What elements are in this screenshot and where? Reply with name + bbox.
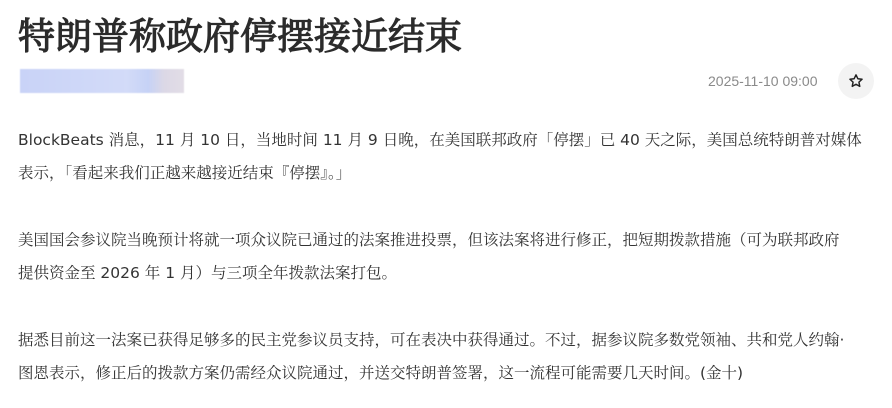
paragraph-line: 表示，「看起来我们正越来越接近结束『停摆』。」 <box>18 157 878 190</box>
article: 特朗普称政府停摆接近结束 2025-11-10 09:00 BlockBeats… <box>0 0 892 408</box>
paragraph-line: 美国国会参议院当晚预计将就一项众议院已通过的法案推进投票，但该法案将进行修正，把… <box>18 224 878 257</box>
star-outline-icon <box>848 73 864 89</box>
paragraph-2: 美国国会参议院当晚预计将就一项众议院已通过的法案推进投票，但该法案将进行修正，把… <box>18 224 878 290</box>
paragraph-line: BlockBeats 消息，11 月 10 日，当地时间 11 月 9 日晚，在… <box>18 124 878 157</box>
paragraph-line: 图恩表示，修正后的拨款方案仍需经众议院通过，并送交特朗普签署，这一流程可能需要几… <box>18 357 878 390</box>
paragraph-line: 提供资金至 2026 年 1 月）与三项全年拨款法案打包。 <box>18 257 878 290</box>
paragraph-line: 据悉目前这一法案已获得足够多的民主党参议员支持，可在表决中获得通过。不过，据参议… <box>18 324 878 357</box>
paragraph-3: 据悉目前这一法案已获得足够多的民主党参议员支持，可在表决中获得通过。不过，据参议… <box>18 324 878 390</box>
paragraph-1: BlockBeats 消息，11 月 10 日，当地时间 11 月 9 日晚，在… <box>18 124 878 190</box>
author-info-blurred[interactable] <box>20 69 184 93</box>
publish-timestamp: 2025-11-10 09:00 <box>708 72 818 90</box>
favorite-button[interactable] <box>838 63 874 99</box>
article-title: 特朗普称政府停摆接近结束 <box>18 12 462 62</box>
